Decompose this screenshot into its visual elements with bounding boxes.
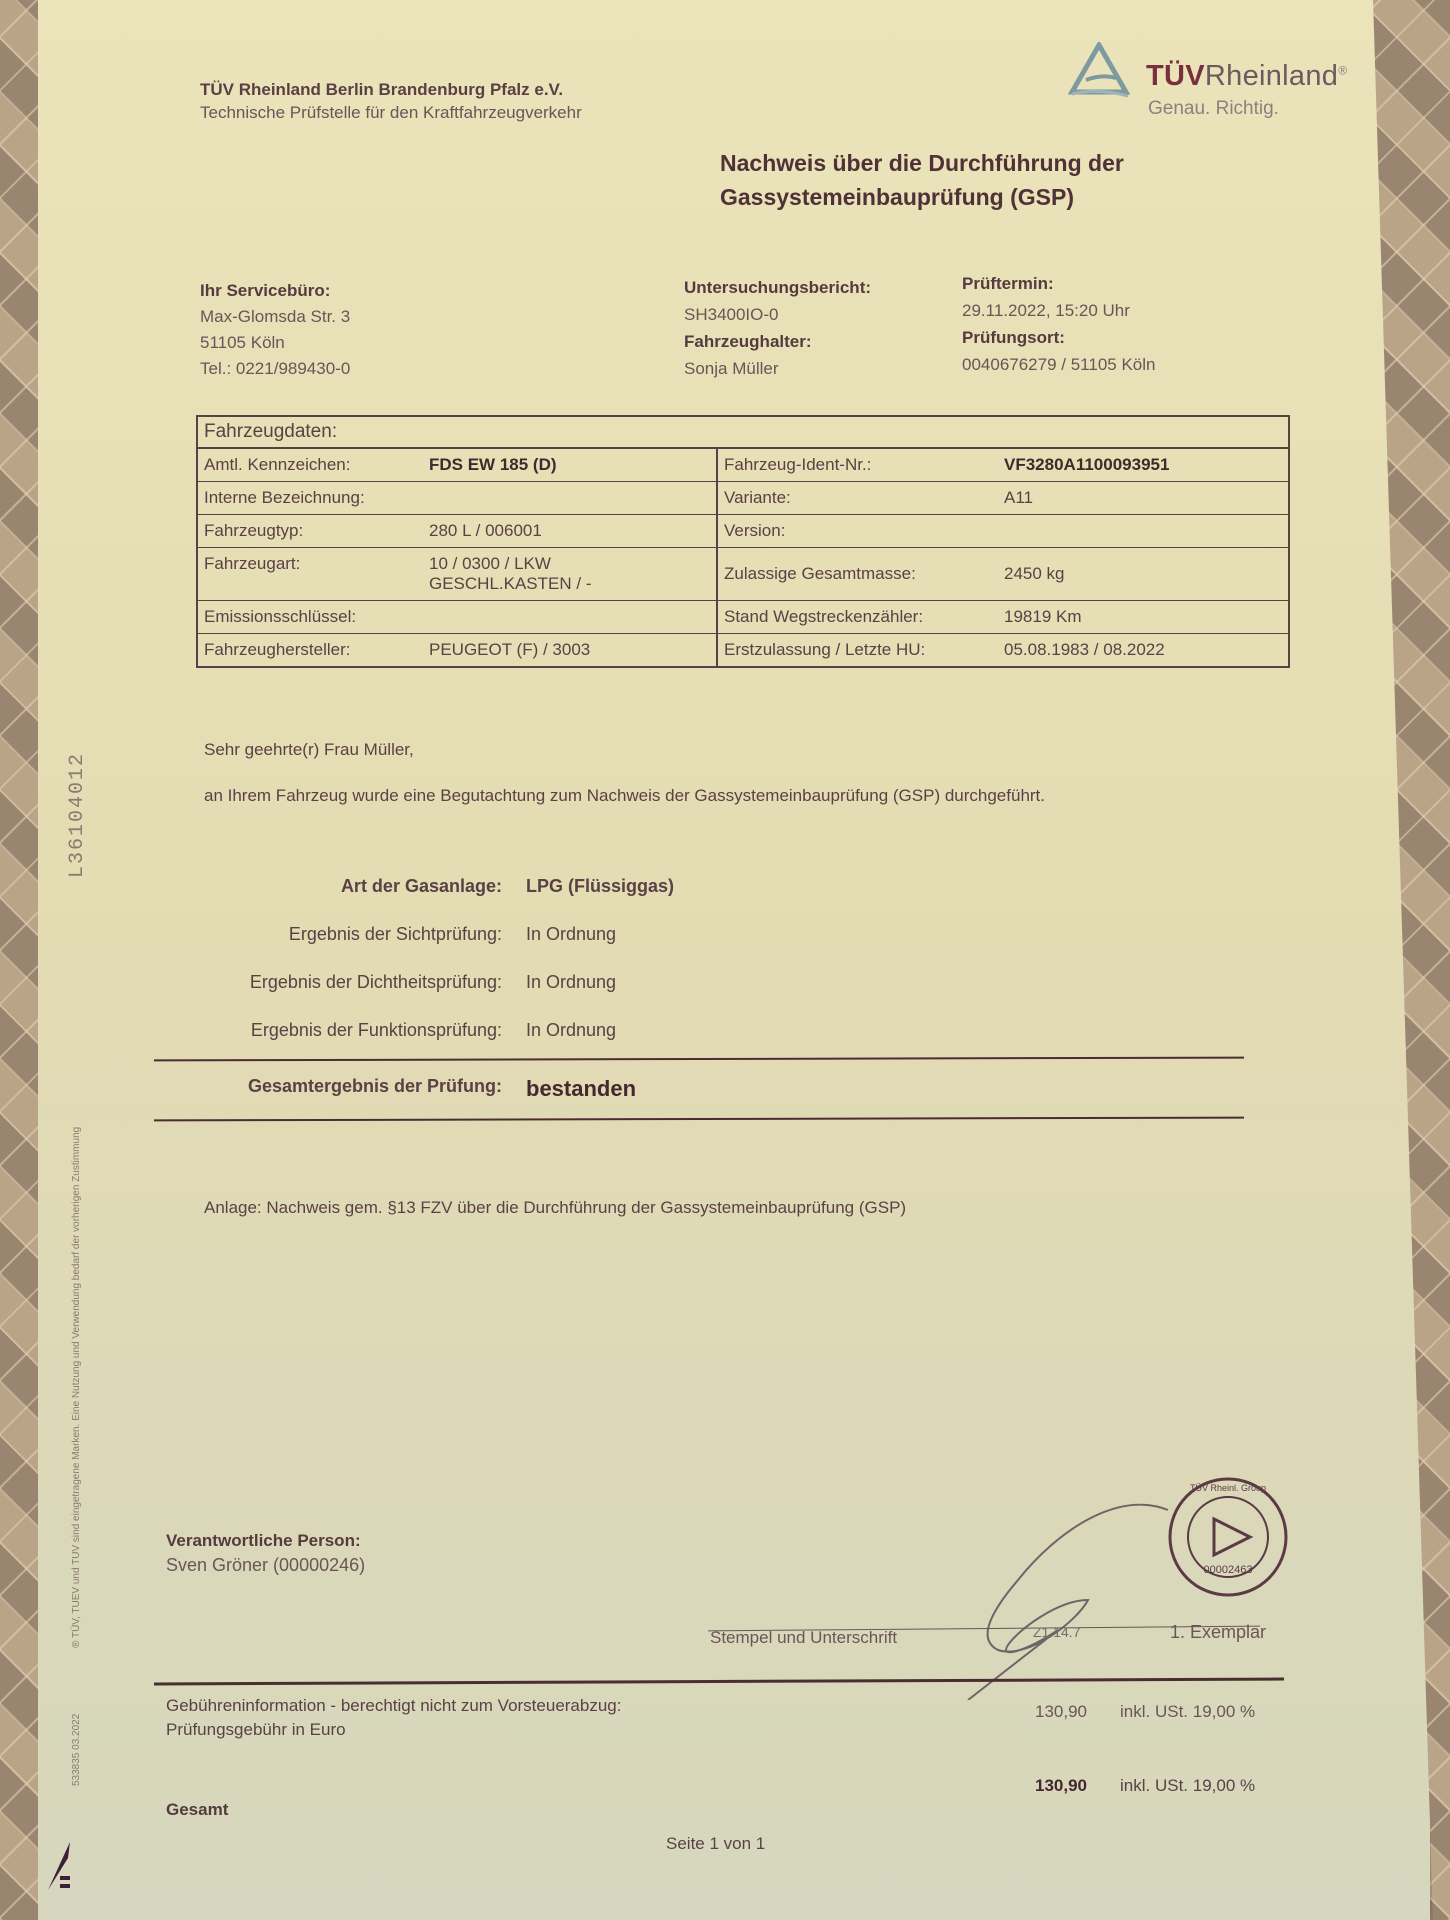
service-office: Ihr Servicebüro: Max-Glomsda Str. 3 5110… (200, 278, 350, 382)
service-office-city: 51105 Köln (200, 330, 350, 356)
page-indicator: Seite 1 von 1 (666, 1834, 765, 1854)
tuv-mark-icon (46, 1838, 74, 1894)
divider (154, 1057, 1244, 1062)
responsible-person-label: Verantwortliche Person: (166, 1528, 365, 1553)
overall-result-value: bestanden (526, 1076, 636, 1102)
field-label: Zulassige Gesamtmasse: (724, 564, 1004, 584)
brand-bold: TÜV (1146, 60, 1205, 92)
title-line-2: Gassystemeinbauprüfung (GSP) (720, 180, 1124, 214)
signature-scribble (938, 1490, 1178, 1700)
table-cell: Erstzulassung / Letzte HU:05.08.1983 / 0… (718, 634, 1288, 666)
field-value: 05.08.1983 / 08.2022 (1004, 640, 1165, 660)
stamp-seal-icon: 00002463 TÜV Rheinl. Group (1166, 1475, 1290, 1599)
attachment-note: Anlage: Nachweis gem. §13 FZV über die D… (204, 1198, 906, 1218)
report-label: Untersuchungsbericht: (684, 274, 871, 301)
holder-name: Sonja Müller (684, 355, 871, 382)
visual-check-row: Ergebnis der Sichtprüfung: In Ordnung (204, 924, 1104, 945)
table-cell: Stand Wegstreckenzähler:19819 Km (718, 601, 1288, 633)
inspection-info: Prüftermin: 29.11.2022, 15:20 Uhr Prüfun… (962, 270, 1155, 378)
table-cell: Interne Bezeichnung: (198, 482, 718, 514)
letter-body: an Ihrem Fahrzeug wurde eine Begutachtun… (204, 786, 1045, 806)
field-value: VF3280A1100093951 (1004, 455, 1169, 475)
vehicle-data-table: Fahrzeugdaten: Amtl. Kennzeichen:FDS EW … (196, 415, 1290, 668)
table-cell: Variante:A11 (718, 482, 1288, 514)
letter-salutation: Sehr geehrte(r) Frau Müller, (204, 740, 414, 760)
table-row: Fahrzeugtyp:280 L / 006001Version: (198, 515, 1288, 548)
svg-text:TÜV Rheinl. Group: TÜV Rheinl. Group (1190, 1483, 1266, 1493)
leak-check-label: Ergebnis der Dichtheitsprüfung: (204, 972, 526, 993)
total-value: 130,90 (1035, 1776, 1087, 1796)
table-row: Interne Bezeichnung:Variante:A11 (198, 482, 1288, 515)
overall-result-row: Gesamtergebnis der Prüfung: bestanden (204, 1076, 1104, 1102)
table-cell: Fahrzeug-Ident-Nr.:VF3280A1100093951 (718, 449, 1288, 481)
field-label: Erstzulassung / Letzte HU: (724, 640, 1004, 660)
brand-wordmark: TÜVRheinland® (1146, 60, 1347, 93)
table-row: Amtl. Kennzeichen:FDS EW 185 (D)Fahrzeug… (198, 449, 1288, 482)
fee-info-label: Gebühreninformation - berechtigt nicht z… (166, 1696, 621, 1716)
service-office-phone: Tel.: 0221/989430-0 (200, 356, 350, 382)
overall-result-label: Gesamtergebnis der Prüfung: (204, 1076, 526, 1102)
form-code-date: 533835 03.2022 (71, 1714, 82, 1786)
field-label: Fahrzeugtyp: (204, 521, 429, 541)
inspection-date: 29.11.2022, 15:20 Uhr (962, 297, 1155, 324)
table-row: Fahrzeughersteller:PEUGEOT (F) / 3003Ers… (198, 634, 1288, 666)
organization-name: TÜV Rheinland Berlin Brandenburg Pfalz e… (200, 80, 563, 100)
form-code: Z1.14.7 (1033, 1624, 1080, 1640)
leak-check-value: In Ordnung (526, 972, 616, 993)
field-label: Stand Wegstreckenzähler: (724, 607, 1004, 627)
table-cell: Emissionsschlüssel: (198, 601, 718, 633)
responsible-person-value: Sven Gröner (00000246) (166, 1553, 365, 1578)
function-check-label: Ergebnis der Funktionsprüfung: (204, 1020, 526, 1041)
field-value: PEUGEOT (F) / 3003 (429, 640, 590, 660)
service-office-label: Ihr Servicebüro: (200, 278, 350, 304)
field-label: Amtl. Kennzeichen: (204, 455, 429, 475)
function-check-row: Ergebnis der Funktionsprüfung: In Ordnun… (204, 1020, 1104, 1041)
vehicle-table-heading: Fahrzeugdaten: (198, 417, 1288, 449)
brand-rest: Rheinland (1205, 60, 1338, 92)
gas-type-value: LPG (Flüssiggas) (526, 876, 674, 897)
fee-value: 130,90 (1035, 1702, 1087, 1722)
total-tax: inkl. USt. 19,00 % (1120, 1776, 1255, 1796)
field-value: 2450 kg (1004, 564, 1065, 584)
field-value: A11 (1004, 488, 1033, 508)
copy-number: 1. Exemplar (1170, 1622, 1266, 1643)
table-cell: Version: (718, 515, 1288, 547)
table-cell: Fahrzeugtyp:280 L / 006001 (198, 515, 718, 547)
field-value: FDS EW 185 (D) (429, 455, 557, 475)
field-label: Emissionsschlüssel: (204, 607, 429, 627)
field-label: Interne Bezeichnung: (204, 488, 429, 508)
registered-mark: ® (1338, 63, 1347, 77)
field-value: 10 / 0300 / LKWGESCHL.KASTEN / - (429, 554, 591, 594)
legal-notice: ® TÜV, TUEV und TUV sind eingetragene Ma… (71, 1127, 82, 1648)
field-label: Variante: (724, 488, 1004, 508)
svg-text:00002463: 00002463 (1204, 1564, 1253, 1576)
visual-check-value: In Ordnung (526, 924, 616, 945)
field-label: Fahrzeughersteller: (204, 640, 429, 660)
total-label: Gesamt (166, 1800, 228, 1820)
table-cell: Fahrzeughersteller:PEUGEOT (F) / 3003 (198, 634, 718, 666)
document-number: L36104012 (66, 752, 89, 878)
fee-tax: inkl. USt. 19,00 % (1120, 1702, 1255, 1722)
document-page: TÜV Rheinland Berlin Brandenburg Pfalz e… (38, 0, 1430, 1920)
leak-check-row: Ergebnis der Dichtheitsprüfung: In Ordnu… (204, 972, 1104, 993)
fee-label: Prüfungsgebühr in Euro (166, 1720, 346, 1740)
inspection-location: 0040676279 / 51105 Köln (962, 351, 1155, 378)
gas-type-label: Art der Gasanlage: (204, 876, 526, 897)
table-cell: Amtl. Kennzeichen:FDS EW 185 (D) (198, 449, 718, 481)
service-office-street: Max-Glomsda Str. 3 (200, 304, 350, 330)
field-label: Fahrzeug-Ident-Nr.: (724, 455, 1004, 475)
report-info: Untersuchungsbericht: SH3400IO-0 Fahrzeu… (684, 274, 871, 382)
brand-slogan: Genau. Richtig. (1148, 98, 1279, 120)
table-cell: Zulassige Gesamtmasse:2450 kg (718, 548, 1288, 600)
field-label: Fahrzeugart: (204, 554, 429, 594)
title-line-1: Nachweis über die Durchführung der (720, 146, 1124, 180)
location-label: Prüfungsort: (962, 324, 1155, 351)
divider (154, 1117, 1244, 1122)
responsible-person: Verantwortliche Person: Sven Gröner (000… (166, 1528, 365, 1578)
function-check-value: In Ordnung (526, 1020, 616, 1041)
holder-label: Fahrzeughalter: (684, 328, 871, 355)
visual-check-label: Ergebnis der Sichtprüfung: (204, 924, 526, 945)
field-value: 19819 Km (1004, 607, 1082, 627)
table-row: Emissionsschlüssel:Stand Wegstreckenzähl… (198, 601, 1288, 634)
field-label: Version: (724, 521, 1004, 541)
document-title: Nachweis über die Durchführung der Gassy… (720, 146, 1124, 214)
table-row: Fahrzeugart:10 / 0300 / LKWGESCHL.KASTEN… (198, 548, 1288, 601)
stamp-signature-label: Stempel und Unterschrift (710, 1628, 897, 1648)
organization-subtitle: Technische Prüfstelle für den Kraftfahrz… (200, 103, 582, 123)
tuv-triangle-logo-icon (1068, 42, 1130, 98)
field-value: 280 L / 006001 (429, 521, 542, 541)
gas-type-row: Art der Gasanlage: LPG (Flüssiggas) (204, 876, 1104, 897)
date-label: Prüftermin: (962, 270, 1155, 297)
table-cell: Fahrzeugart:10 / 0300 / LKWGESCHL.KASTEN… (198, 548, 718, 600)
report-number: SH3400IO-0 (684, 301, 871, 328)
